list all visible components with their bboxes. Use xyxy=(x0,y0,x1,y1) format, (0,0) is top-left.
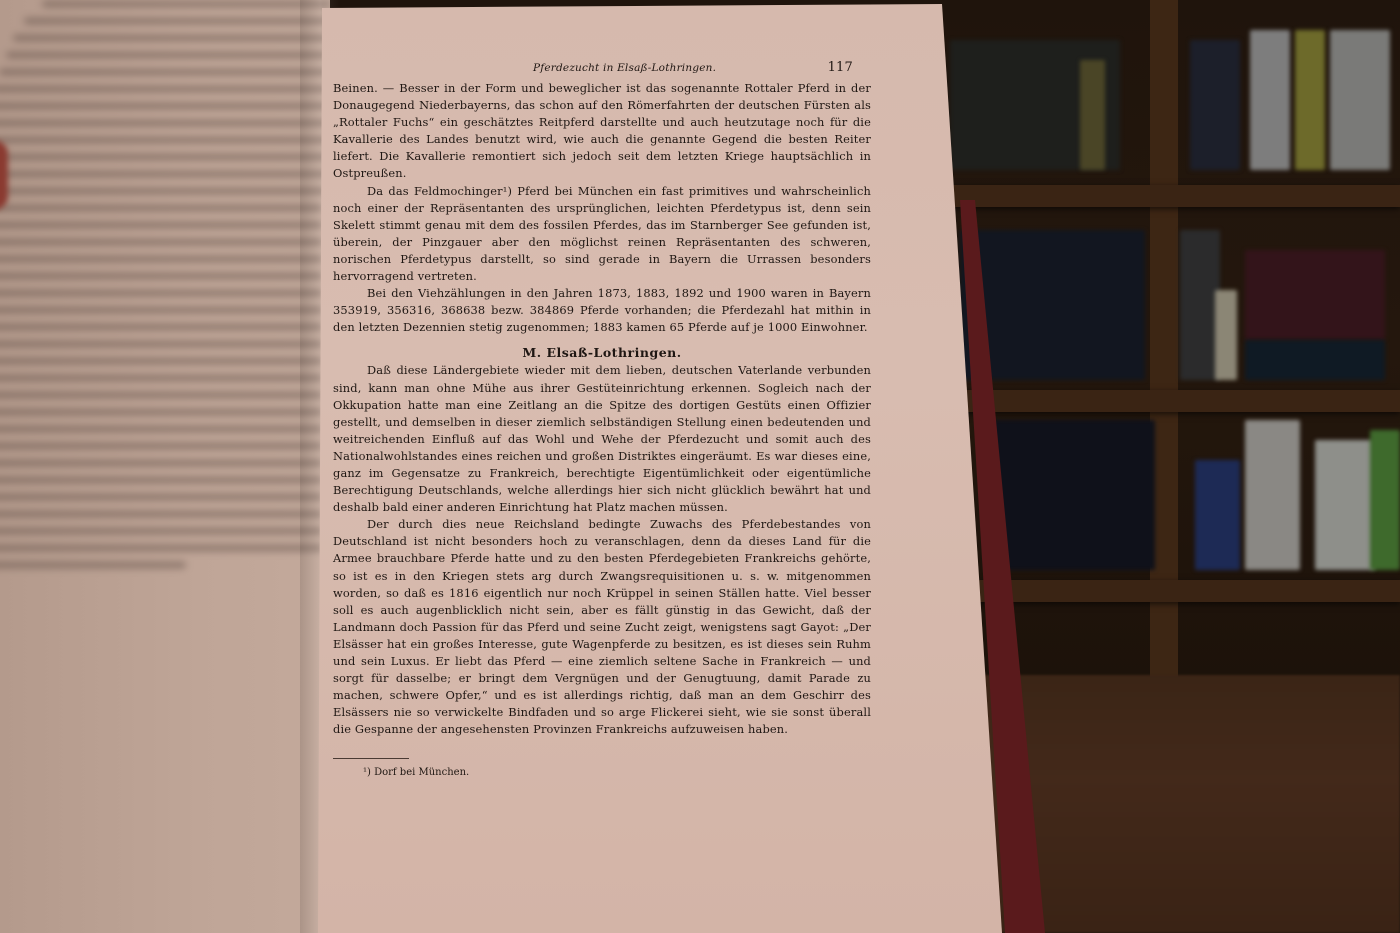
book-spine xyxy=(1370,430,1400,570)
footnote-rule xyxy=(333,758,409,759)
book-spine xyxy=(1315,440,1375,570)
paragraph: Da das Feldmochinger¹) Pferd bei München… xyxy=(333,183,871,286)
book-spine xyxy=(1245,340,1385,380)
book-spine xyxy=(1080,60,1105,170)
book-spine xyxy=(1245,250,1385,340)
paragraph: Bei den Viehzählungen in den Jahren 1873… xyxy=(333,285,871,336)
shelf-board xyxy=(940,390,1400,412)
book-spine xyxy=(1250,30,1290,170)
running-head: Pferdezucht in Elsaß-Lothringen. 117 xyxy=(333,58,871,80)
page-number: 117 xyxy=(828,60,853,75)
book-spine xyxy=(1180,230,1220,380)
paragraph: Daß diese Ländergebiete wieder mit dem l… xyxy=(333,362,871,516)
paragraph: Beinen. — Besser in der Form und bewegli… xyxy=(333,80,871,183)
book-spine xyxy=(1330,30,1390,170)
page-content: Pferdezucht in Elsaß-Lothringen. 117 Bei… xyxy=(333,58,871,778)
section-heading: M. Elsaß-Lothringen. xyxy=(333,345,871,360)
running-head-title: Pferdezucht in Elsaß-Lothringen. xyxy=(533,62,716,74)
book-spine xyxy=(985,420,1155,570)
book-spine xyxy=(1245,420,1300,570)
footnote: ¹) Dorf bei München. xyxy=(333,767,871,778)
left-page xyxy=(0,0,330,933)
book-spine xyxy=(1190,40,1240,170)
thumb xyxy=(0,140,8,210)
book-spine xyxy=(1215,290,1237,380)
paragraph: Der durch dies neue Reichsland bedingte … xyxy=(333,516,871,738)
book-spine xyxy=(1295,30,1325,170)
shelf-board xyxy=(940,185,1400,207)
book-spine xyxy=(1195,460,1240,570)
blurred-text xyxy=(0,0,330,933)
